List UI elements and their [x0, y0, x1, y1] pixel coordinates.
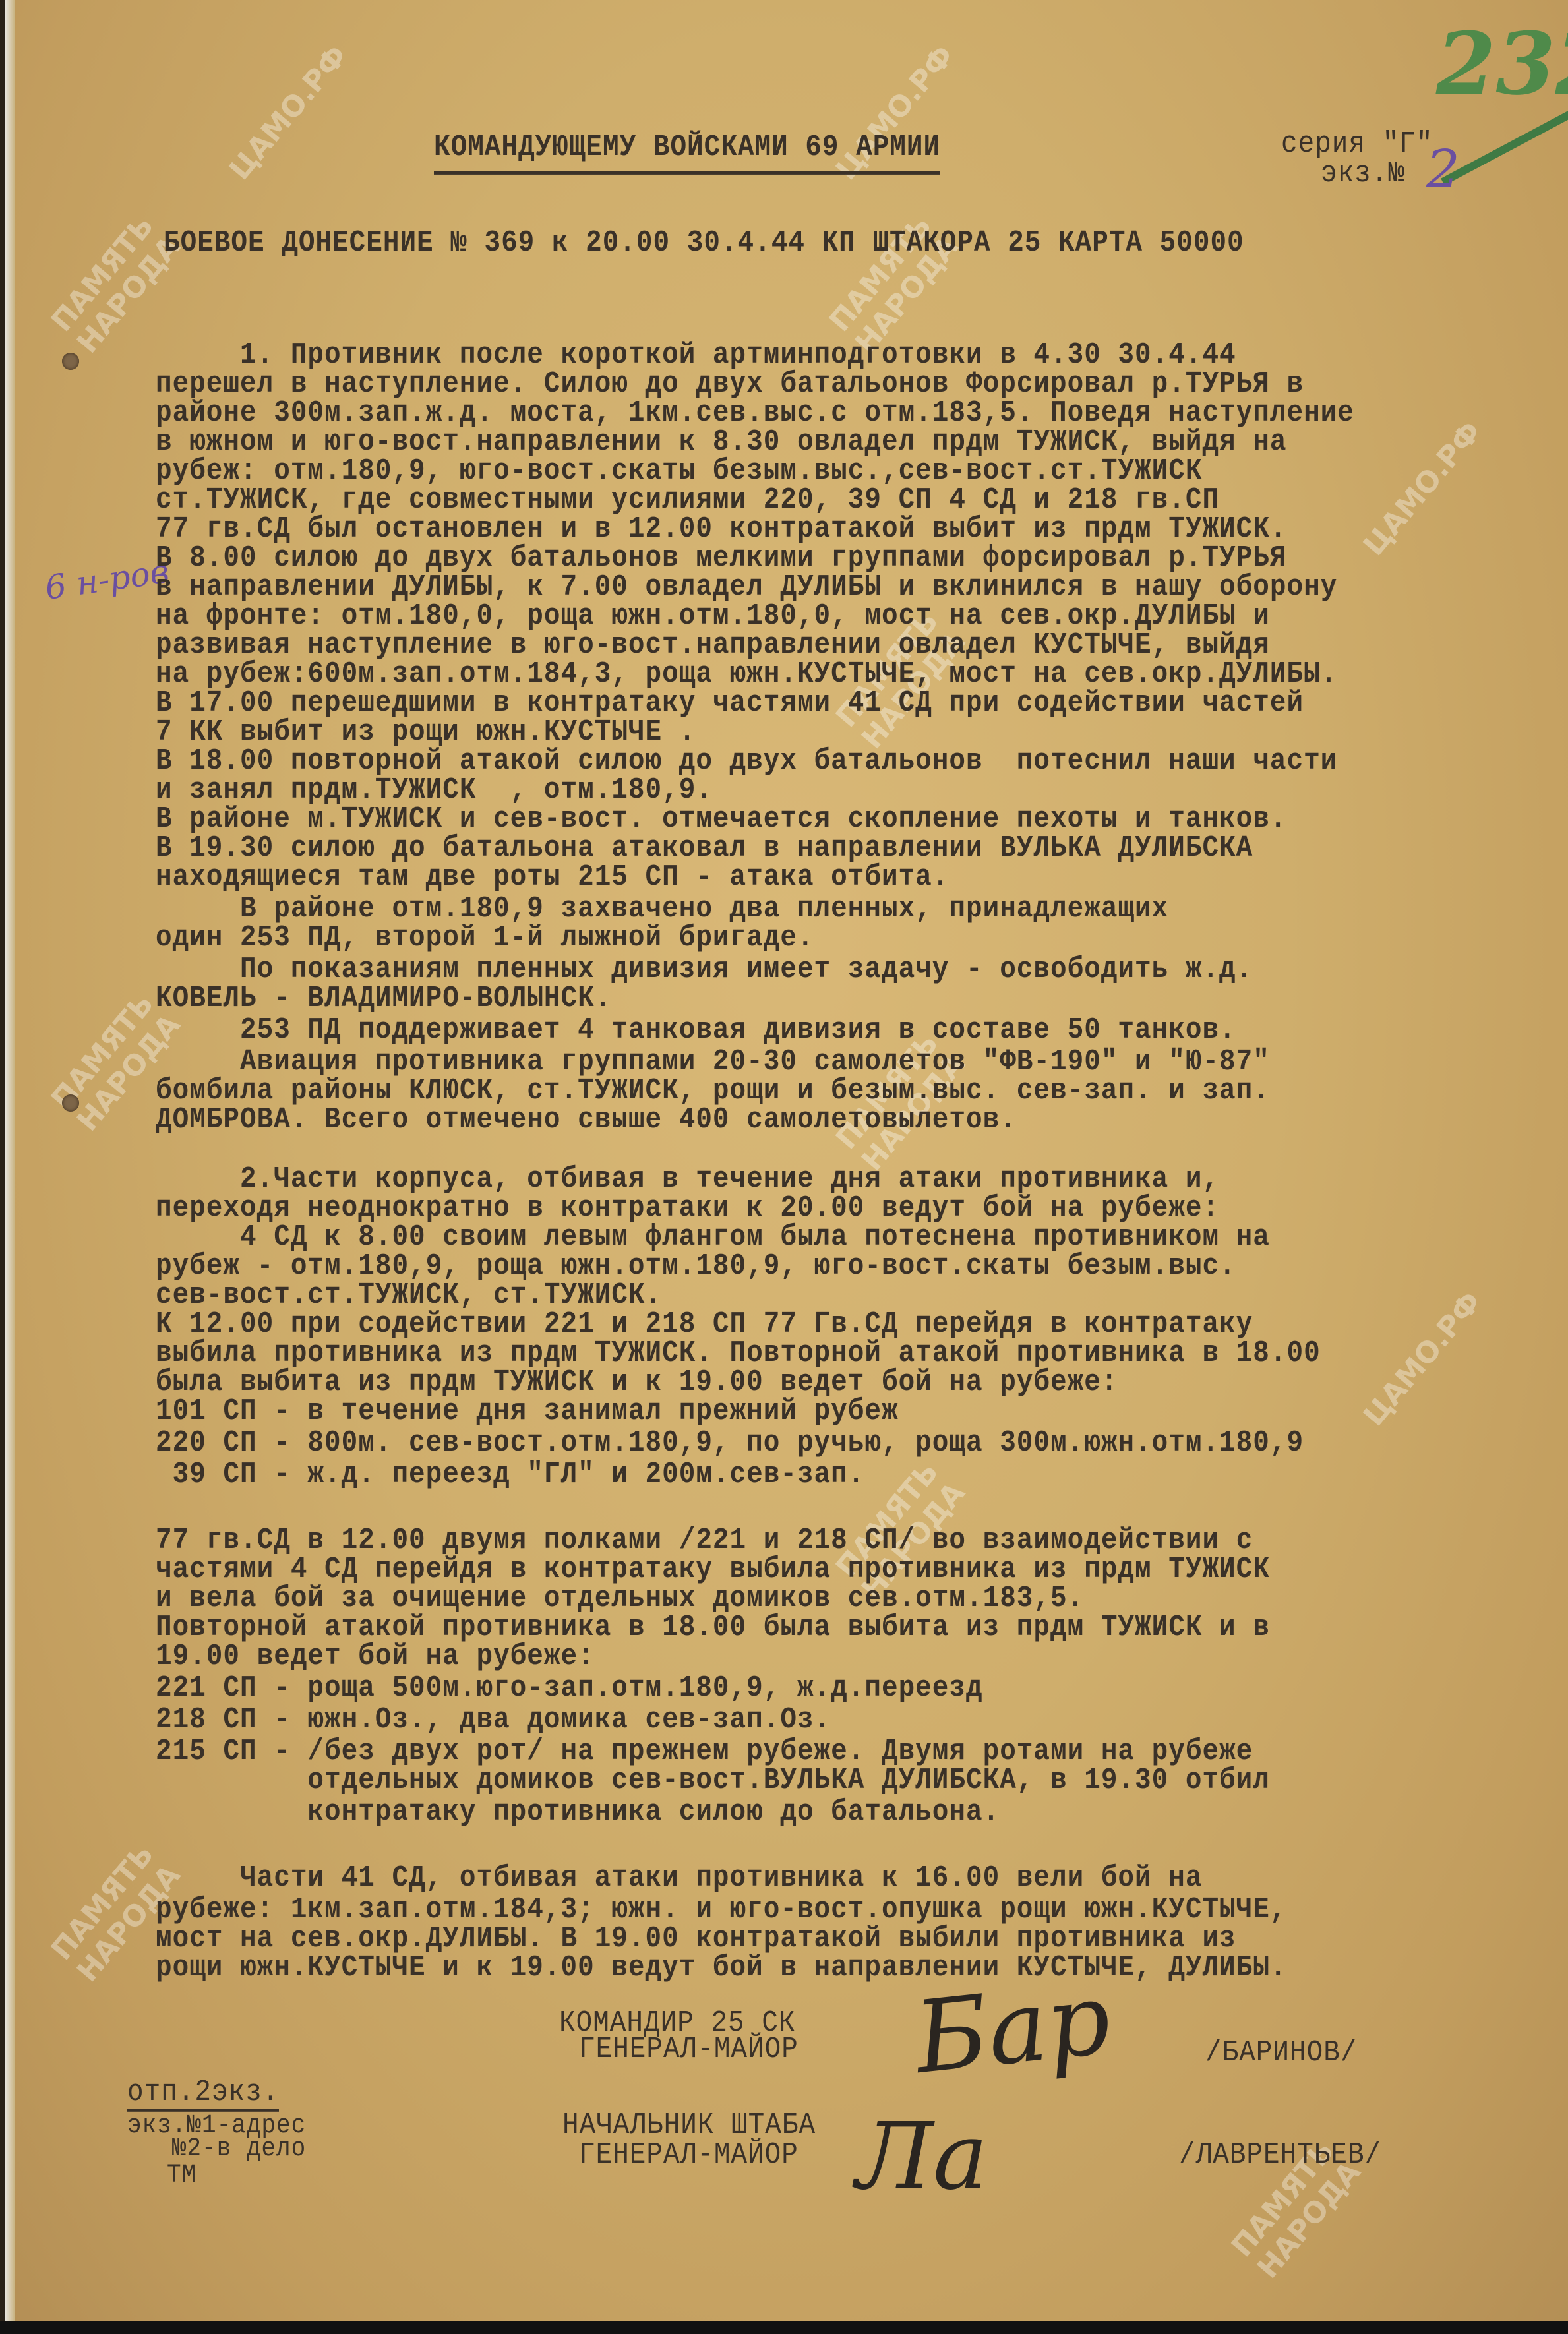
- text-line: сев-вост.ст.ТУЖИСК, ст.ТУЖИСК.: [156, 1280, 662, 1311]
- text-line: По показаниям пленных дивизия имеет зада…: [156, 954, 1253, 986]
- text-line: отдельных домиков сев-вост.ВУЛЬКА ДУЛИБС…: [156, 1765, 1270, 1797]
- text-line: 19.00 ведет бой на рубеже:: [156, 1641, 595, 1673]
- series-label: серия "Г": [1281, 129, 1433, 160]
- text-line: на фронте: отм.180,0, роща южн.отм.180,0…: [156, 601, 1270, 632]
- text-line: переходя неоднократно в контратаки к 20.…: [156, 1193, 1219, 1224]
- text-line: перешел в наступление. Силою до двух бат…: [156, 369, 1304, 400]
- typist-initials: ТМ: [167, 2159, 196, 2191]
- distribution-copy-2: №2-в дело: [127, 2133, 306, 2165]
- addressee: КОМАНДУЮЩЕМУ ВОЙСКАМИ 69 АРМИИ: [434, 132, 940, 175]
- text-line: и вела бой за очищение отдельных домиков…: [156, 1583, 1084, 1615]
- text-line: в направлении ДУЛИБЫ, к 7.00 овладел ДУЛ…: [156, 572, 1337, 603]
- text-line: частями 4 СД перейдя в контратаку выбила…: [156, 1554, 1270, 1586]
- text-line: В 8.00 силою до двух батальонов мелкими …: [156, 543, 1286, 574]
- text-line: рощи южн.КУСТЫЧЕ и к 19.00 ведут бой в н…: [156, 1952, 1286, 1984]
- text-line: 2.Части корпуса, отбивая в течение дня а…: [156, 1164, 1219, 1195]
- commander-name: /БАРИНОВ/: [1205, 2037, 1357, 2069]
- copy-label: экз.№: [1321, 158, 1405, 190]
- text-line: В 19.30 силою до батальона атаковал в на…: [156, 833, 1253, 864]
- text-line: В 17.00 перешедшими в контратаку частями…: [156, 688, 1304, 719]
- document-title: БОЕВОЕ ДОНЕСЕНИЕ № 369 к 20.00 30.4.44 К…: [164, 227, 1244, 259]
- chief-signature: Ла: [856, 2103, 988, 2211]
- text-line: 1. Противник после короткой артминподгот…: [156, 340, 1236, 371]
- text-line: Части 41 СД, отбивая атаки противника к …: [156, 1863, 1202, 1894]
- copy-number: 2: [1426, 138, 1460, 200]
- text-line: 39 СП - ж.д. переезд "ГЛ" и 200м.сев-зап…: [156, 1459, 864, 1491]
- chief-name: /ЛАВРЕНТЬЕВ/: [1179, 2139, 1381, 2171]
- text-line: районе 300м.зап.ж.д. моста, 1км.сев.выс.…: [156, 398, 1354, 429]
- text-line: 77 гв.СД в 12.00 двумя полками /221 и 21…: [156, 1525, 1253, 1557]
- text-line: развивая наступление в юго-вост.направле…: [156, 630, 1270, 661]
- text-line: 221 СП - роща 500м.юго-зап.отм.180,9, ж.…: [156, 1673, 983, 1704]
- text-line: контратаку противника силою до батальона…: [156, 1797, 1000, 1828]
- watermark-tsamo: ЦАМО.РФ: [1357, 415, 1488, 562]
- text-line: 220 СП - 800м. сев-вост.отм.180,9, по ру…: [156, 1427, 1304, 1459]
- chief-title: НАЧАЛЬНИК ШТАБА: [562, 2110, 816, 2141]
- text-line: 77 гв.СД был остановлен и в 12.00 контра…: [156, 514, 1286, 545]
- text-line: К 12.00 при содействии 221 и 218 СП 77 Г…: [156, 1309, 1253, 1340]
- punch-hole: [62, 1094, 79, 1112]
- text-line: рубеже: 1км.зап.отм.184,3; южн. и юго-во…: [156, 1894, 1286, 1926]
- text-line: на рубеж:600м.зап.отм.184,3, роща южн.КУ…: [156, 659, 1337, 690]
- text-line: один 253 ПД, второй 1-й лыжной бригаде.: [156, 922, 814, 954]
- document-page: ЦАМО.РФ ЦАМО.РФ ПАМЯТЬ НАРОДА ПАМЯТЬ НАР…: [5, 0, 1568, 2321]
- text-line: В районе м.ТУЖИСК и сев-вост. отмечается…: [156, 804, 1286, 835]
- text-line: Авиация противника группами 20-30 самоле…: [156, 1046, 1270, 1078]
- text-line: ст.ТУЖИСК, где совместными усилиями 220,…: [156, 485, 1219, 516]
- text-line: В 18.00 повторной атакой силою до двух б…: [156, 746, 1337, 777]
- text-line: 101 СП - в течение дня занимал прежний р…: [156, 1396, 899, 1427]
- scan-bottom-edge: [0, 2321, 1568, 2334]
- watermark-tsamo: ЦАМО.РФ: [223, 40, 354, 187]
- text-line: 4 СД к 8.00 своим левым флангом была пот…: [156, 1222, 1270, 1253]
- commander-signature: Бар: [910, 1961, 1116, 2096]
- text-line: 218 СП - южн.Оз., два домика сев-зап.Оз.: [156, 1704, 831, 1736]
- text-line: 7 КК выбит из рощи южн.КУСТЫЧЕ .: [156, 717, 696, 748]
- text-line: 215 СП - /без двух рот/ на прежнем рубеж…: [156, 1736, 1253, 1768]
- text-line: в южном и юго-вост.направлении к 8.30 ов…: [156, 427, 1286, 458]
- text-line: рубеж: отм.180,9, юго-вост.скаты безым.в…: [156, 456, 1202, 487]
- text-line: КОВЕЛЬ - ВЛАДИМИРО-ВОЛЫНСК.: [156, 983, 611, 1015]
- commander-rank: ГЕНЕРАЛ-МАЙОР: [579, 2034, 799, 2066]
- text-line: В районе отм.180,9 захвачено два пленных…: [156, 893, 1168, 925]
- text-line: рубеж - отм.180,9, роща южн.отм.180,9, ю…: [156, 1251, 1236, 1282]
- text-line: выбила противника из прдм ТУЖИСК. Повтор…: [156, 1338, 1321, 1369]
- margin-note: 6 н-ров: [43, 552, 171, 607]
- distribution-copies: отп.2экз.: [127, 2077, 279, 2112]
- watermark-tsamo: ЦАМО.РФ: [1357, 1286, 1488, 1433]
- text-line: ДОМБРОВА. Всего отмечено свыше 400 самол…: [156, 1104, 1017, 1136]
- chief-rank: ГЕНЕРАЛ-МАЙОР: [579, 2139, 799, 2171]
- punch-hole: [62, 353, 79, 370]
- archive-page-number: 232: [1436, 13, 1568, 114]
- text-line: была выбита из прдм ТУЖИСК и к 19.00 вед…: [156, 1367, 1118, 1398]
- text-line: и занял прдм.ТУЖИСК , отм.180,9.: [156, 775, 713, 806]
- text-line: находящиеся там две роты 215 СП - атака …: [156, 862, 949, 893]
- text-line: Повторной атакой противника в 18.00 была…: [156, 1612, 1270, 1644]
- text-line: 253 ПД поддерживает 4 танковая дивизия в…: [156, 1015, 1236, 1046]
- text-line: бомбила районы КЛЮСК, ст.ТУЖИСК, рощи и …: [156, 1075, 1270, 1107]
- text-line: мост на сев.окр.ДУЛИБЫ. В 19.00 контрата…: [156, 1923, 1236, 1955]
